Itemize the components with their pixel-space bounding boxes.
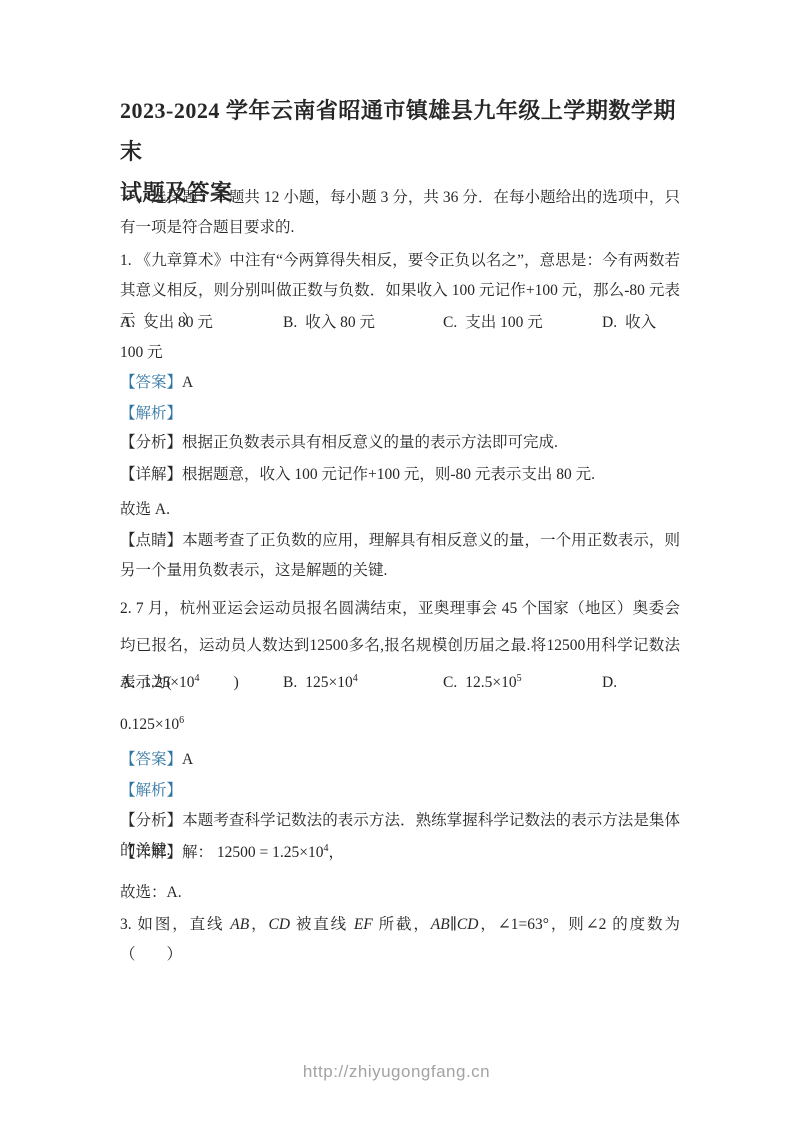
document-title-line1: 2023-2024 学年云南省昭通市镇雄县九年级上学期数学期末 — [120, 90, 680, 172]
q2-option-d-label: D. — [602, 674, 617, 691]
q1-fenxi-text: 根据正负数表示具有相反意义的量的表示方法即可完成. — [182, 434, 558, 451]
section-choice-intro: 一、选择题：本题共 12 小题，每小题 3 分，共 36 分．在每小题给出的选项… — [120, 183, 680, 243]
q1-dianjing-text: 本题考查了正负数的应用，理解具有相反意义的量，一个用正数表示，则另一个量用负数表… — [120, 532, 680, 579]
question-2-options-row: A.1.25×104 B.125×104 C.12.5×105 D. — [120, 668, 680, 698]
q2-equation: 12500 = 1.25×104 — [217, 844, 329, 861]
q1-option-b: B.收入 80 元 — [283, 308, 443, 338]
q2-option-a-exp: 4 — [194, 673, 199, 684]
q3-text-part2: ， — [249, 916, 268, 933]
q3-text-part4: 所截， — [373, 916, 431, 933]
q2-option-a-value: 1.25×104 — [143, 674, 199, 691]
q1-option-c-text: 支出 100 元 — [465, 314, 543, 331]
q3-text-part6: ，则 — [549, 916, 586, 933]
q3-text-part3: 被直线 — [290, 916, 354, 933]
q2-option-c-exp: 5 — [517, 673, 522, 684]
q3-math-angle2: ∠2 — [586, 916, 607, 933]
q2-xiangjie-line: 【详解】解： 12500 = 1.25×104， — [120, 838, 680, 868]
q1-analysis-header: 【解析】 — [120, 399, 680, 429]
q2-option-b-exp: 4 — [353, 673, 358, 684]
q3-text-part5: ， — [478, 916, 497, 933]
q2-xiangjie-prefix: 解： — [182, 844, 213, 861]
q1-dianjing-label: 【点睛】 — [120, 532, 182, 549]
q1-option-d-label: D. — [602, 314, 617, 331]
q1-conclusion: 故选 A. — [120, 495, 680, 525]
q2-xiangjie-label: 【详解】 — [120, 844, 182, 861]
q3-math-parallel: AB∥CD — [431, 916, 479, 933]
q1-fenxi-label: 【分析】 — [120, 434, 182, 451]
q2-option-d-overflow: 0.125×106 — [120, 710, 680, 740]
q1-answer-line: 【答案】A — [120, 368, 680, 398]
q2-option-d: D. — [602, 668, 680, 698]
q1-option-a-text: 支出 80 元 — [143, 314, 213, 331]
q3-math-ef: EF — [354, 916, 373, 933]
q2-conclusion: 故选：A. — [120, 878, 680, 908]
q2-option-d-overflow-exp: 6 — [179, 715, 184, 726]
q2-analysis-header: 【解析】 — [120, 776, 680, 806]
q1-xiangjie-text: 根据题意，收入 100 元记作+100 元，则-80 元表示支出 80 元. — [182, 466, 595, 483]
q2-fenxi-label: 【分析】 — [120, 812, 182, 829]
q1-answer-label: 【答案】 — [120, 374, 182, 391]
q1-fenxi-line: 【分析】根据正负数表示具有相反意义的量的表示方法即可完成. — [120, 428, 680, 458]
q1-option-b-text: 收入 80 元 — [305, 314, 375, 331]
q2-equation-tail: ， — [329, 844, 345, 861]
q1-option-a-label: A. — [120, 314, 135, 331]
q3-math-ab: AB — [230, 916, 249, 933]
q3-text-part1: 3. 如图，直线 — [120, 916, 230, 933]
q1-xiangjie-line: 【详解】根据题意，收入 100 元记作+100 元，则-80 元表示支出 80 … — [120, 460, 680, 490]
q2-jiexi-label: 【解析】 — [120, 782, 182, 799]
q2-option-b-value: 125×104 — [305, 674, 358, 691]
exam-document-page: 2023-2024 学年云南省昭通市镇雄县九年级上学期数学期末 试题及答案 一、… — [0, 0, 793, 1122]
q2-option-c-value: 12.5×105 — [465, 674, 521, 691]
q2-answer-label: 【答案】 — [120, 751, 182, 768]
q3-math-angle1: ∠1=63° — [498, 916, 549, 933]
q1-option-d-text: 收入 — [625, 314, 656, 331]
q1-option-d-overflow: 100 元 — [120, 338, 680, 368]
q1-jiexi-label: 【解析】 — [120, 405, 182, 422]
q3-math-cd: CD — [269, 916, 291, 933]
q1-dianjing-line: 【点睛】本题考查了正负数的应用，理解具有相反意义的量，一个用正数表示，则另一个量… — [120, 526, 680, 586]
q2-equation-base: 12500 = 1.25×10 — [217, 844, 324, 861]
question-2-options: A.1.25×104 B.125×104 C.12.5×105 D. 0.125… — [120, 668, 680, 740]
watermark-url: http://zhiyugongfang.cn — [0, 1062, 793, 1082]
q2-option-a-base: 1.25×10 — [143, 674, 194, 691]
q2-answer-value: A — [182, 751, 193, 768]
q1-answer-value: A — [182, 374, 193, 391]
q2-option-c-base: 12.5×10 — [465, 674, 516, 691]
q2-answer-line: 【答案】A — [120, 745, 680, 775]
q1-option-c: C.支出 100 元 — [443, 308, 602, 338]
q2-option-a-label: A. — [120, 674, 135, 691]
q2-option-b-label: B. — [283, 674, 297, 691]
q1-option-a: A.支出 80 元 — [120, 308, 283, 338]
q2-option-c-label: C. — [443, 674, 457, 691]
question-1-options: A.支出 80 元 B.收入 80 元 C.支出 100 元 D.收入 100 … — [120, 308, 680, 368]
question-3-text: 3. 如图，直线 AB，CD 被直线 EF 所截，AB∥CD，∠1=63°，则∠… — [120, 910, 680, 970]
q1-option-b-label: B. — [283, 314, 297, 331]
q1-option-d: D.收入 — [602, 308, 680, 338]
q1-xiangjie-label: 【详解】 — [120, 466, 182, 483]
q2-option-a: A.1.25×104 — [120, 668, 283, 698]
q1-option-c-label: C. — [443, 314, 457, 331]
q2-option-c: C.12.5×105 — [443, 668, 602, 698]
q2-option-d-overflow-base: 0.125×10 — [120, 716, 179, 733]
q2-option-b: B.125×104 — [283, 668, 443, 698]
q2-option-b-base: 125×10 — [305, 674, 353, 691]
question-1-options-row: A.支出 80 元 B.收入 80 元 C.支出 100 元 D.收入 — [120, 308, 680, 338]
